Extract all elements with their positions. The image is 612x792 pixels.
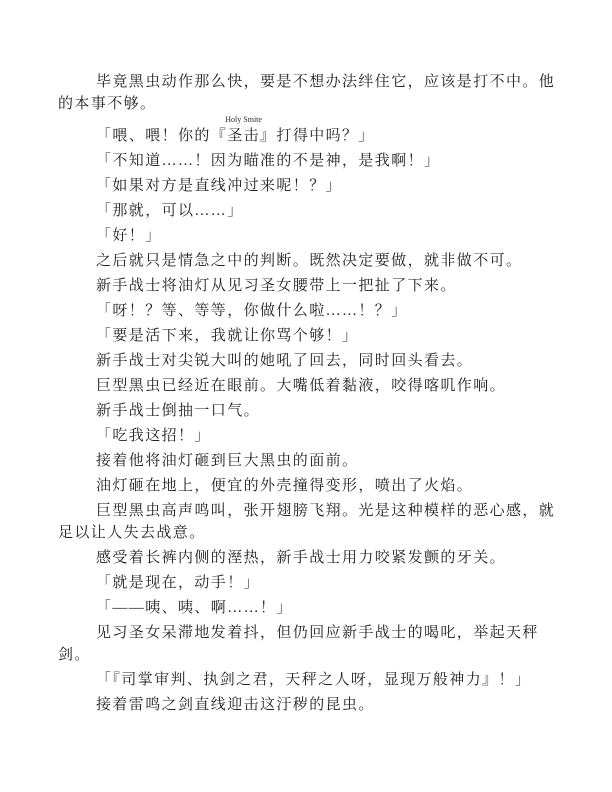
paragraph: 「好！」 [58, 225, 558, 247]
paragraph: 「呀！？等、等等，你做什么啦……！？」 [58, 300, 558, 322]
ruby-annotation: Holy Smite [225, 116, 262, 124]
paragraph: 「那就，可以……」 [58, 200, 558, 222]
paragraph: 「『司掌审判、执剑之君，天秤之人呀，显现万般神力』！」 [58, 669, 558, 691]
paragraph: 接着他将油灯砸到巨大黑虫的面前。 [58, 450, 558, 472]
paragraph: 「——咦、咦、啊……！」 [58, 597, 558, 619]
paragraph: 新手战士倒抽一口气。 [58, 400, 558, 422]
paragraph: 感受着长裤内侧的溼热，新手战士用力咬紧发颤的牙关。 [58, 547, 558, 569]
ruby-annotated-term: Holy Smite圣击 [227, 125, 260, 147]
page-content: 毕竟黑虫动作那么快，要是不想办法绊住它，应该是打不中。他的本事不够。「喂、喂！你… [58, 71, 558, 719]
paragraph: 「吃我这招！」 [58, 425, 558, 447]
paragraph: 新手战士将油灯从见习圣女腰带上一把扯了下来。 [58, 275, 558, 297]
document-page: 毕竟黑虫动作那么快，要是不想办法绊住它，应该是打不中。他的本事不够。「喂、喂！你… [0, 0, 612, 792]
paragraph: 「如果对方是直线冲过来呢！？」 [58, 175, 558, 197]
paragraph: 新手战士对尖锐大叫的她吼了回去，同时回头看去。 [58, 350, 558, 372]
paragraph: 「不知道……！因为瞄准的不是神，是我啊！」 [58, 150, 558, 172]
paragraph: 巨型黑虫已经近在眼前。大嘴低着黏液，咬得喀叽作响。 [58, 375, 558, 397]
paragraph: 见习圣女呆滞地发着抖，但仍回应新手战士的喝叱，举起天秤剑。 [58, 622, 558, 666]
paragraph: 接着雷鸣之剑直线迎击这汙秽的昆虫。 [58, 694, 558, 716]
paragraph: 「就是现在，动手！」 [58, 572, 558, 594]
paragraph: 之后就只是情急之中的判断。既然决定要做，就非做不可。 [58, 250, 558, 272]
paragraph: 油灯砸在地上，便宜的外壳撞得变形，喷出了火焰。 [58, 475, 558, 497]
paragraph: 「要是活下来，我就让你骂个够！」 [58, 325, 558, 347]
paragraph-with-ruby: 「喂、喂！你的『Holy Smite圣击』打得中吗？」 [58, 118, 558, 147]
paragraph: 毕竟黑虫动作那么快，要是不想办法绊住它，应该是打不中。他的本事不够。 [58, 71, 558, 115]
paragraph: 巨型黑虫高声鸣叫，张开翅膀飞翔。光是这种模样的恶心感，就足以让人失去战意。 [58, 500, 558, 544]
